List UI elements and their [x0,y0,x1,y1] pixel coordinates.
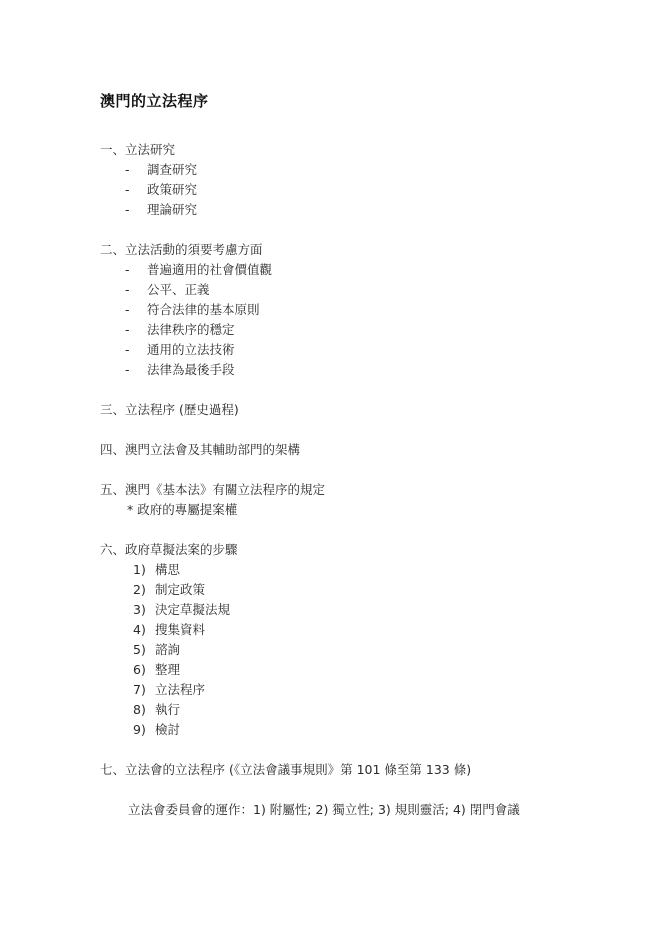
list-item: 政策研究 [147,180,197,200]
page-title: 澳門的立法程序 [100,90,209,111]
step-number: 1) [133,560,151,580]
step-number: 3) [133,600,151,620]
list-item: 法律秩序的穩定 [147,320,235,340]
step-text: 制定政策 [155,580,205,600]
list-item: 符合法律的基本原則 [147,300,260,320]
list-item: 通用的立法技術 [147,340,235,360]
list-item: 理論研究 [147,200,197,220]
section-heading-3: 三、立法程序 (歷史過程) [100,400,239,420]
star-note: * 政府的專屬提案權 [127,500,237,520]
step-text: 搜集資料 [155,620,205,640]
document-page: 澳門的立法程序 一、立法研究 - 調查研究 - 政策研究 - 理論研究 二、立法… [0,0,662,936]
bullet-dash: - [125,360,135,380]
bullet-dash: - [125,340,135,360]
section-heading-6: 六、政府草擬法案的步驟 [100,540,238,560]
section-heading-4: 四、澳門立法會及其輔助部門的架構 [100,440,300,460]
bullet-dash: - [125,280,135,300]
step-text: 決定草擬法規 [155,600,230,620]
list-item: 普遍適用的社會價值觀 [147,260,272,280]
list-item: 法律為最後手段 [147,360,235,380]
step-text: 檢討 [155,720,180,740]
bullet-dash: - [125,260,135,280]
list-item: 調查研究 [147,160,197,180]
section-heading-2: 二、立法活動的須要考慮方面 [100,240,263,260]
section-heading-1: 一、立法研究 [100,140,175,160]
bullet-dash: - [125,200,135,220]
step-text: 諮詢 [155,640,180,660]
step-number: 7) [133,680,151,700]
step-text: 立法程序 [155,680,205,700]
bullet-dash: - [125,320,135,340]
step-number: 2) [133,580,151,600]
bullet-dash: - [125,300,135,320]
step-number: 8) [133,700,151,720]
step-text: 執行 [155,700,180,720]
step-text: 構思 [155,560,180,580]
committee-paragraph: 立法會委員會的運作：1) 附屬性; 2) 獨立性; 3) 規則靈活; 4) 閉門… [128,800,520,820]
list-item: 公平、正義 [147,280,210,300]
bullet-dash: - [125,160,135,180]
step-number: 5) [133,640,151,660]
step-number: 9) [133,720,151,740]
section-heading-5: 五、澳門《基本法》有關立法程序的規定 [100,480,325,500]
bullet-dash: - [125,180,135,200]
step-text: 整理 [155,660,180,680]
step-number: 6) [133,660,151,680]
step-number: 4) [133,620,151,640]
section-heading-7: 七、立法會的立法程序 (《立法會議事規則》第 101 條至第 133 條) [100,760,471,780]
